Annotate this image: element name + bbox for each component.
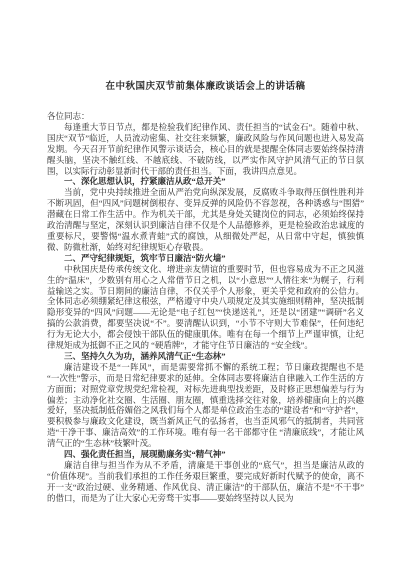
doc-paragraph: 廉洁自律与担当作为从不矛盾，清廉是干事创业的“底气”，担当是廉洁从政的“价值体现…: [47, 460, 364, 504]
doc-paragraph: 中秋国庆是传承传统文化、增进亲友情谊的重要时节，但也容易成为不正之风滋生的“温床…: [47, 264, 364, 351]
doc-paragraph: 当前，党中央持续推进全面从严治党向纵深发展，反腐败斗争取得压倒性胜利并不断巩固，…: [47, 187, 364, 252]
doc-greeting: 各位同志：: [47, 111, 364, 122]
doc-heading: 一、深化思想认识，拧紧廉洁从政“总开关”: [47, 176, 364, 187]
doc-title: 在中秋国庆双节前集体廉政谈话会上的讲话稿: [47, 81, 364, 93]
doc-heading: 二、严守纪律规矩，筑牢节日廉洁“防火墙”: [47, 253, 364, 264]
doc-paragraph: 每逢重大节日节点，都是检验我们纪律作风、责任担当的“试金石”。随着中秋、国庆“双…: [47, 122, 364, 177]
doc-sections: 每逢重大节日节点，都是检验我们纪律作风、责任担当的“试金石”。随着中秋、国庆“双…: [47, 122, 364, 504]
document-page: 在中秋国庆双节前集体廉政谈话会上的讲话稿 各位同志： 每逢重大节日节点，都是检验…: [0, 0, 410, 580]
doc-heading: 三、坚持久久为功，涵养风清气正“生态林”: [47, 351, 364, 362]
doc-paragraph: 廉洁建设不是“一阵风”，而是需要常抓不懈的系统工程；节日廉政提醒也不是“一次性”…: [47, 362, 364, 449]
doc-body: 各位同志： 每逢重大节日节点，都是检验我们纪律作风、责任担当的“试金石”。随着中…: [47, 111, 364, 504]
doc-heading: 四、强化责任担当，展现勤廉务实“精气神”: [47, 449, 364, 460]
